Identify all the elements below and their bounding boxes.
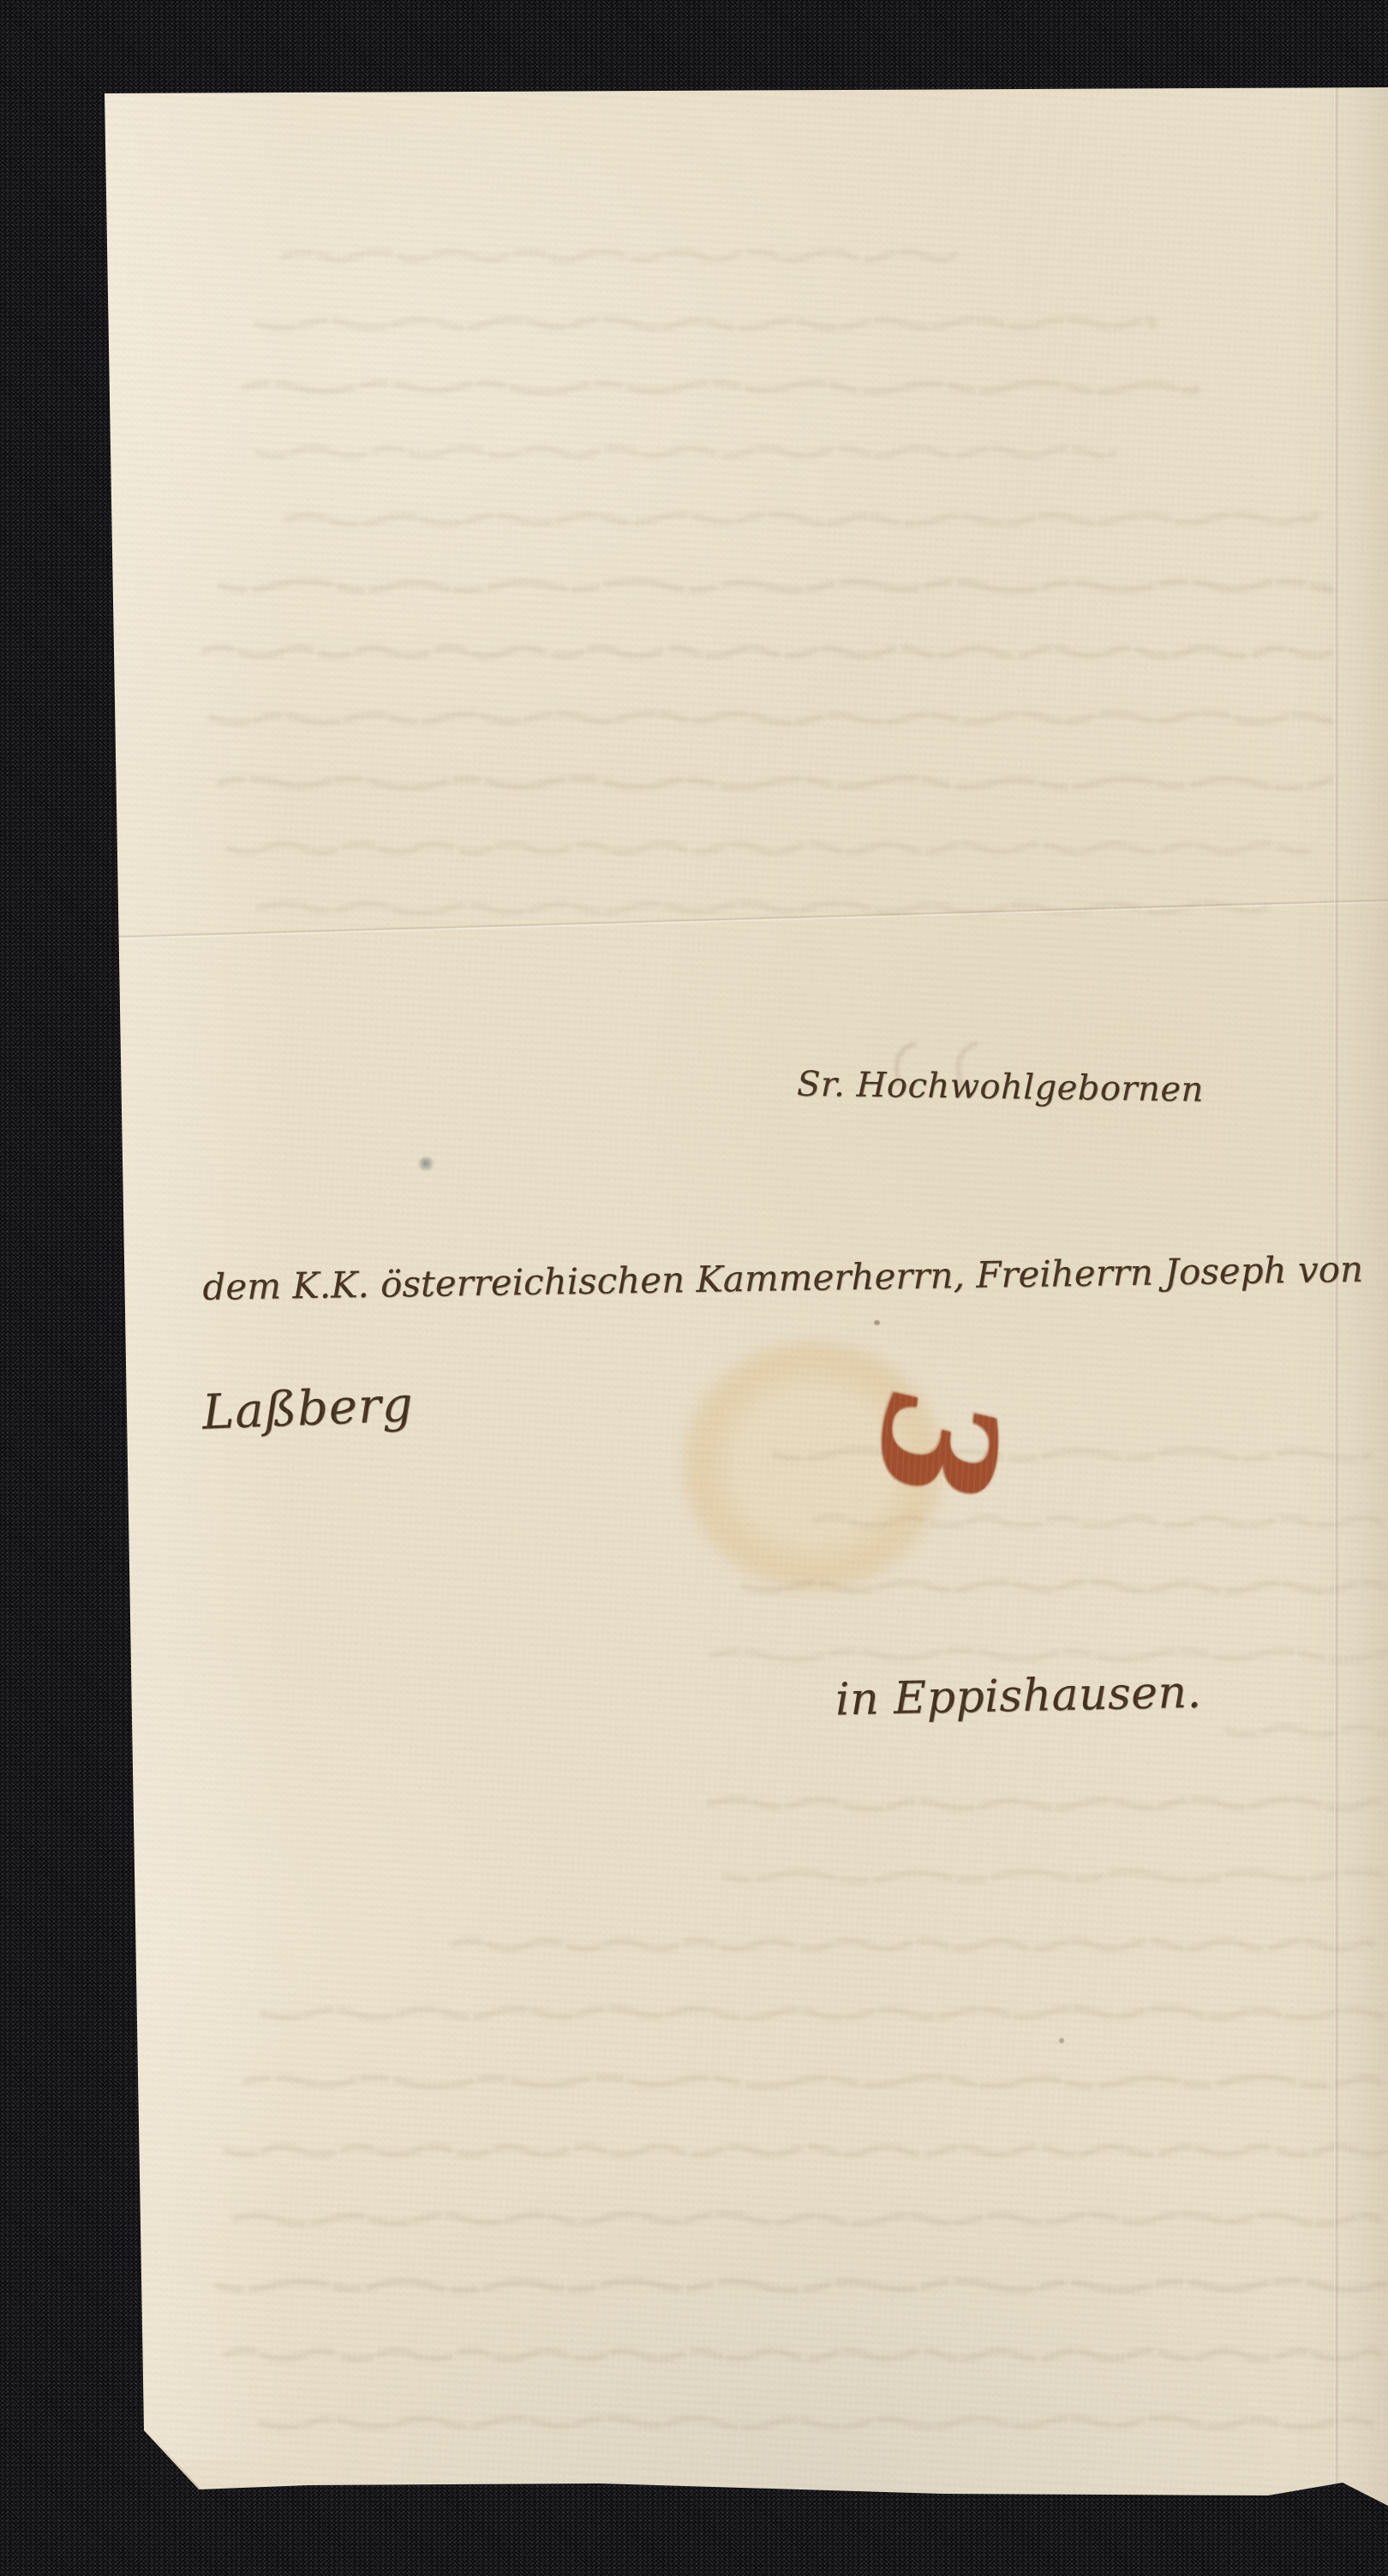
right-fold-panel	[1338, 87, 1388, 2508]
archival-number-glyph: 3	[853, 1376, 1014, 1562]
archival-number-marking: 3	[857, 1396, 1011, 1551]
paper-speck	[418, 1157, 435, 1172]
address-salutation: Sr. Hochwohlgebornen	[797, 1065, 1204, 1110]
letter-sheet: Sr. Hochwohlgebornen dem K.K. österreich…	[0, 0, 1388, 2576]
archive-backdrop: Sr. Hochwohlgebornen dem K.K. österreich…	[0, 0, 1388, 2576]
paper-speck	[1059, 2038, 1064, 2043]
address-place: in Eppishausen.	[835, 1667, 1202, 1726]
paper-speck	[874, 1320, 880, 1325]
address-surname: Laßberg	[201, 1377, 415, 1440]
